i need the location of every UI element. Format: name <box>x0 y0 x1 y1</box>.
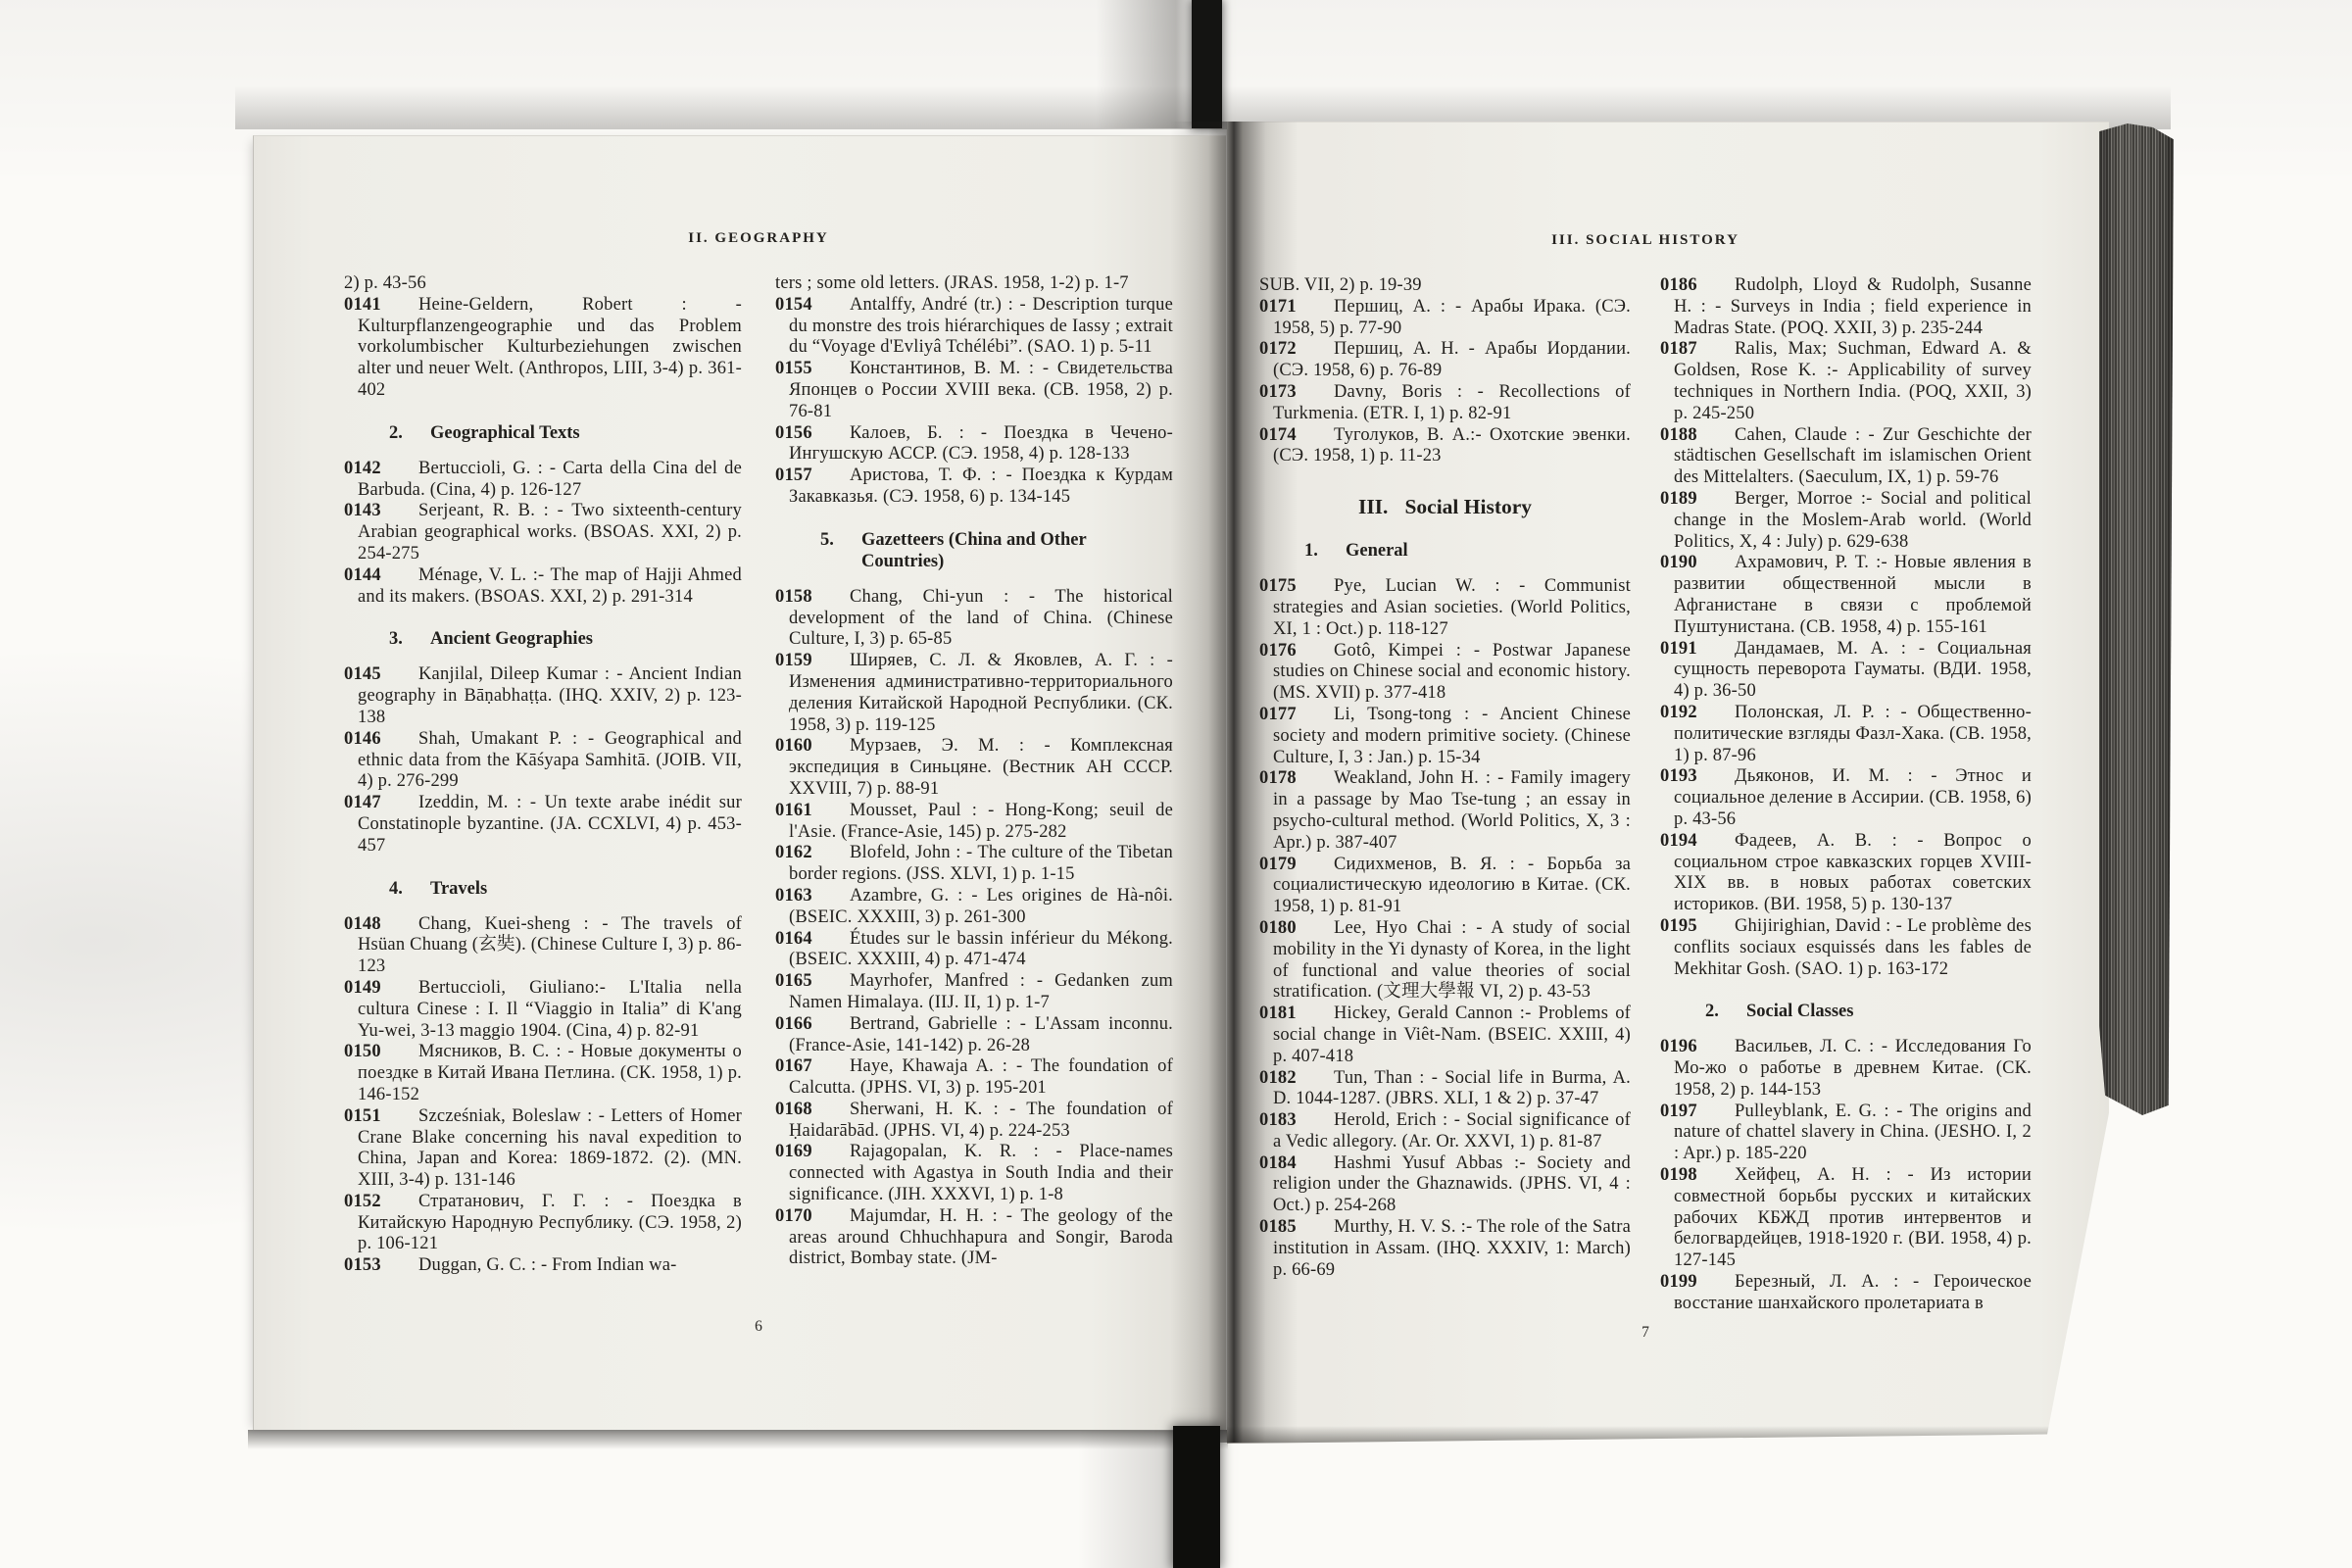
entry-number: 0157 <box>775 465 850 487</box>
bib-entry: 0156Калоев, Б. : - Поездка в Чечено-Ингу… <box>775 423 1173 466</box>
page-left-columns: 2) p. 43-560141Heine-Geldern, Robert : -… <box>344 273 1173 1277</box>
bib-entry: 0192Полонская, Л. Р. : - Общественно-пол… <box>1660 703 2032 766</box>
entry-number: 0146 <box>344 729 418 751</box>
page-right-text-block: III. SOCIAL HISTORY SUB. VII, 2) p. 19-3… <box>1259 232 2032 1315</box>
bib-entry: 0188Cahen, Claude : - Zur Geschichte der… <box>1660 425 2032 489</box>
bib-entry: 0159Ширяев, С. Л. & Яковлев, А. Г. : - И… <box>775 651 1173 736</box>
entry-number: 0178 <box>1259 768 1334 790</box>
entry-number: 0194 <box>1660 831 1735 853</box>
book-scan-photo: { "colors": { "paper": "#f1f0ea", "ink":… <box>0 0 2352 1568</box>
entry-number: 0160 <box>775 736 850 758</box>
bib-entry: 0178Weakland, John H. : - Family imagery… <box>1259 768 1631 854</box>
section-heading: 5.Gazetteers (China and Other Countries) <box>775 529 1173 572</box>
entry-number: 0168 <box>775 1100 850 1121</box>
section-heading: 4.Travels <box>344 878 742 900</box>
page-left: II. GEOGRAPHY 2) p. 43-560141Heine-Gelde… <box>253 135 1226 1430</box>
bib-entry: 0169Rajagopalan, K. R. : - Place-names c… <box>775 1142 1173 1205</box>
entry-number: 0192 <box>1660 703 1735 724</box>
bib-entry: 0186Rudolph, Lloyd & Rudolph, Susanne H.… <box>1660 275 2032 339</box>
bib-entry: 0164Études sur le bassin inférieur du Mé… <box>775 929 1173 972</box>
entry-number: 0183 <box>1259 1110 1334 1132</box>
bib-entry: 0170Majumdar, H. H. : - The geology of t… <box>775 1206 1173 1270</box>
entry-number: 0196 <box>1660 1037 1735 1058</box>
entry-number: 0187 <box>1660 339 1735 361</box>
bib-entry: 0191Дандамаев, М. А. : - Социальная сущн… <box>1660 639 2032 703</box>
bib-entry: 0185Murthy, H. V. S. :- The role of the … <box>1259 1217 1631 1281</box>
bib-entry: 0176Gotô, Kimpei : - Postwar Japanese st… <box>1259 641 1631 705</box>
bib-entry: 0184Hashmi Yusuf Abbas :- Society and re… <box>1259 1153 1631 1217</box>
entry-number: 0144 <box>344 565 418 587</box>
section-heading: 3.Ancient Geographies <box>344 628 742 650</box>
bib-entry: 0146Shah, Umakant P. : - Geographical an… <box>344 729 742 793</box>
entry-number: 0154 <box>775 295 850 317</box>
bib-entry: 0180Lee, Hyo Chai : - A study of social … <box>1259 918 1631 1004</box>
entry-number: 0143 <box>344 501 418 522</box>
chapter-heading: III.Social History <box>1259 494 1631 519</box>
bib-entry: 0183Herold, Erich : - Social significanc… <box>1259 1110 1631 1153</box>
bib-entry: 0198Хейфец, А. Н. : - Из истории совмест… <box>1660 1165 2032 1272</box>
entry-number: 0181 <box>1259 1004 1334 1025</box>
entry-number: 0180 <box>1259 918 1334 940</box>
entry-number: 0176 <box>1259 641 1334 662</box>
entry-number: 0153 <box>344 1255 418 1277</box>
entry-number: 0167 <box>775 1056 850 1078</box>
bib-entry: 0160Мурзаев, Э. М. : - Комплексная экспе… <box>775 736 1173 800</box>
bib-entry: 0150Мясников, В. С. : - Новые документы … <box>344 1042 742 1105</box>
entry-number: 0177 <box>1259 705 1334 726</box>
entry-number: 0156 <box>775 423 850 445</box>
chapter-heading-number: III. <box>1358 495 1388 518</box>
bib-entry: 0174Туголуков, В. А.:- Охотские эвенки. … <box>1259 425 1631 468</box>
entry-number: 0195 <box>1660 916 1735 938</box>
entry-number: 0170 <box>775 1206 850 1228</box>
bib-entry: 0182Tun, Than : - Social life in Burma, … <box>1259 1068 1631 1111</box>
bib-entry-continuation: SUB. VII, 2) p. 19-39 <box>1259 275 1631 297</box>
spine-top-shade <box>1096 0 1194 128</box>
bib-entry: 0196Васильев, Л. С. : - Исследования Го … <box>1660 1037 2032 1101</box>
bib-entry: 0144Ménage, V. L. :- The map of Hajji Ah… <box>344 565 742 609</box>
bib-entry: 0173Davny, Boris : - Recollections of Tu… <box>1259 382 1631 425</box>
entry-number: 0185 <box>1259 1217 1334 1239</box>
running-head-left: II. GEOGRAPHY <box>344 230 1173 247</box>
bib-entry: 0195Ghijirighian, David : - Le problème … <box>1660 916 2032 980</box>
entry-number: 0145 <box>344 664 418 686</box>
bib-entry: 0179Сидихменов, В. Я. : - Борьба за соци… <box>1259 855 1631 918</box>
entry-number: 0150 <box>344 1042 418 1063</box>
bib-entry: 0190Ахрамович, Р. Т. :- Новые явления в … <box>1660 553 2032 638</box>
section-heading-number: 1. <box>1304 540 1346 562</box>
page-right-columns: SUB. VII, 2) p. 19-390171Першиц, А. : - … <box>1259 275 2032 1315</box>
bib-entry: 0181Hickey, Gerald Cannon :- Problems of… <box>1259 1004 1631 1067</box>
section-heading: 2.Social Classes <box>1660 1001 2032 1022</box>
entry-number: 0199 <box>1660 1272 1735 1294</box>
section-heading-number: 2. <box>1705 1001 1746 1022</box>
entry-number: 0158 <box>775 587 850 609</box>
entry-number: 0188 <box>1660 425 1735 447</box>
entry-number: 0174 <box>1259 425 1334 447</box>
bib-entry: 0145Kanjilal, Dileep Kumar : - Ancient I… <box>344 664 742 728</box>
entry-number: 0169 <box>775 1142 850 1163</box>
bib-entry: 0194Фадеев, А. В. : - Вопрос о социально… <box>1660 831 2032 916</box>
entry-number: 0191 <box>1660 639 1735 661</box>
entry-number: 0142 <box>344 459 418 480</box>
bib-entry: 0151Szcześniak, Boleslaw : - Letters of … <box>344 1106 742 1192</box>
column-2: ters ; some old letters. (JRAS. 1958, 1-… <box>775 273 1173 1277</box>
bib-entry-continuation: ters ; some old letters. (JRAS. 1958, 1-… <box>775 273 1173 295</box>
bib-entry: 0165Mayrhofer, Manfred : - Gedanken zum … <box>775 971 1173 1014</box>
entry-number: 0164 <box>775 929 850 951</box>
bib-entry-continuation: 2) p. 43-56 <box>344 273 742 295</box>
bib-entry: 0199Березный, Л. А. : - Героическое восс… <box>1660 1272 2032 1315</box>
entry-number: 0159 <box>775 651 850 672</box>
bib-entry: 0141Heine-Geldern, Robert : - Kulturpfla… <box>344 295 742 402</box>
bib-entry: 0163Azambre, G. : - Les origines de Hà-n… <box>775 886 1173 929</box>
entry-number: 0152 <box>344 1192 418 1213</box>
entry-number: 0184 <box>1259 1153 1334 1175</box>
bib-entry: 0148Chang, Kuei-sheng : - The travels of… <box>344 914 742 978</box>
bib-entry: 0157Аристова, Т. Ф. : - Поездка к Курдам… <box>775 465 1173 509</box>
entry-number: 0172 <box>1259 339 1334 361</box>
bib-entry: 0177Li, Tsong-tong : - Ancient Chinese s… <box>1259 705 1631 768</box>
bib-entry: 0189Berger, Morroe :- Social and politic… <box>1660 489 2032 553</box>
bib-entry: 0155Константинов, В. М. : - Свидетельств… <box>775 359 1173 422</box>
bib-entry: 0193Дьяконов, И. М. : - Этнос и социальн… <box>1660 766 2032 830</box>
bib-entry: 0154Antalffy, André (tr.) : - Descriptio… <box>775 295 1173 359</box>
entry-number: 0155 <box>775 359 850 380</box>
bib-entry: 0197Pulleyblank, E. G. : - The origins a… <box>1660 1102 2032 1165</box>
page-left-text-block: II. GEOGRAPHY 2) p. 43-560141Heine-Gelde… <box>344 230 1173 1277</box>
bib-entry: 0147Izeddin, M. : - Un texte arabe inédi… <box>344 793 742 857</box>
bib-entry: 0171Першиц, А. : - Арабы Ирака. (СЭ. 195… <box>1259 297 1631 340</box>
entry-number: 0190 <box>1660 553 1735 574</box>
entry-number: 0171 <box>1259 297 1334 318</box>
entry-number: 0179 <box>1259 855 1334 876</box>
bib-entry: 0153Duggan, G. C. : - From Indian wa- <box>344 1255 742 1277</box>
bib-entry: 0142Bertuccioli, G. : - Carta della Cina… <box>344 459 742 502</box>
section-heading: 1.General <box>1259 540 1631 562</box>
entry-number: 0197 <box>1660 1102 1735 1123</box>
entry-number: 0162 <box>775 843 850 864</box>
entry-number: 0141 <box>344 295 418 317</box>
bib-entry: 0149Bertuccioli, Giuliano:- L'Italia nel… <box>344 978 742 1042</box>
bib-entry: 0158Chang, Chi-yun : - The historical de… <box>775 587 1173 651</box>
bib-entry: 0152Стратанович, Г. Г. : - Поездка в Кит… <box>344 1192 742 1255</box>
bib-entry: 0175Pye, Lucian W. : - Communist strateg… <box>1259 576 1631 640</box>
bib-entry: 0187Ralis, Max; Suchman, Edward A. & Gol… <box>1660 339 2032 424</box>
running-head-right: III. SOCIAL HISTORY <box>1259 232 2032 249</box>
section-heading: 2.Geographical Texts <box>344 422 742 444</box>
spine-gap-bottom <box>1173 1426 1220 1568</box>
spine-gap-top <box>1192 0 1222 128</box>
page-number-right: 7 <box>1259 1324 2032 1342</box>
page-right: III. SOCIAL HISTORY SUB. VII, 2) p. 19-3… <box>1227 122 2109 1444</box>
section-heading-number: 5. <box>820 529 861 551</box>
entry-number: 0173 <box>1259 382 1334 404</box>
fore-edge-page-stack <box>2099 123 2174 1115</box>
entry-number: 0163 <box>775 886 850 907</box>
bib-entry: 0167Haye, Khawaja A. : - The foundation … <box>775 1056 1173 1100</box>
entry-number: 0149 <box>344 978 418 1000</box>
entry-number: 0166 <box>775 1014 850 1036</box>
bib-entry: 0172Першиц, А. Н. - Арабы Иордании. (СЭ.… <box>1259 339 1631 382</box>
bib-entry: 0143Serjeant, R. B. : - Two sixteenth-ce… <box>344 501 742 564</box>
column-4: 0186Rudolph, Lloyd & Rudolph, Susanne H.… <box>1660 275 2032 1315</box>
entry-number: 0198 <box>1660 1165 1735 1187</box>
entry-number: 0161 <box>775 801 850 822</box>
entry-number: 0193 <box>1660 766 1735 788</box>
column-3: SUB. VII, 2) p. 19-390171Першиц, А. : - … <box>1259 275 1631 1315</box>
section-heading-number: 4. <box>389 878 430 900</box>
entry-number: 0175 <box>1259 576 1334 598</box>
section-heading-number: 2. <box>389 422 430 444</box>
bib-entry: 0166Bertrand, Gabrielle : - L'Assam inco… <box>775 1014 1173 1057</box>
bib-entry: 0168Sherwani, H. K. : - The foundation o… <box>775 1100 1173 1143</box>
entry-number: 0186 <box>1660 275 1735 297</box>
page-number-left: 6 <box>344 1318 1173 1336</box>
bib-entry: 0162Blofeld, John : - The culture of the… <box>775 843 1173 886</box>
bib-entry: 0161Mousset, Paul : - Hong-Kong; seuil d… <box>775 801 1173 844</box>
entry-number: 0182 <box>1259 1068 1334 1090</box>
entry-number: 0189 <box>1660 489 1735 511</box>
entry-number: 0147 <box>344 793 418 814</box>
entry-number: 0165 <box>775 971 850 993</box>
column-1: 2) p. 43-560141Heine-Geldern, Robert : -… <box>344 273 742 1277</box>
entry-number: 0151 <box>344 1106 418 1128</box>
entry-number: 0148 <box>344 914 418 936</box>
spine-bottom-shade <box>1078 1431 1176 1568</box>
section-heading-number: 3. <box>389 628 430 650</box>
